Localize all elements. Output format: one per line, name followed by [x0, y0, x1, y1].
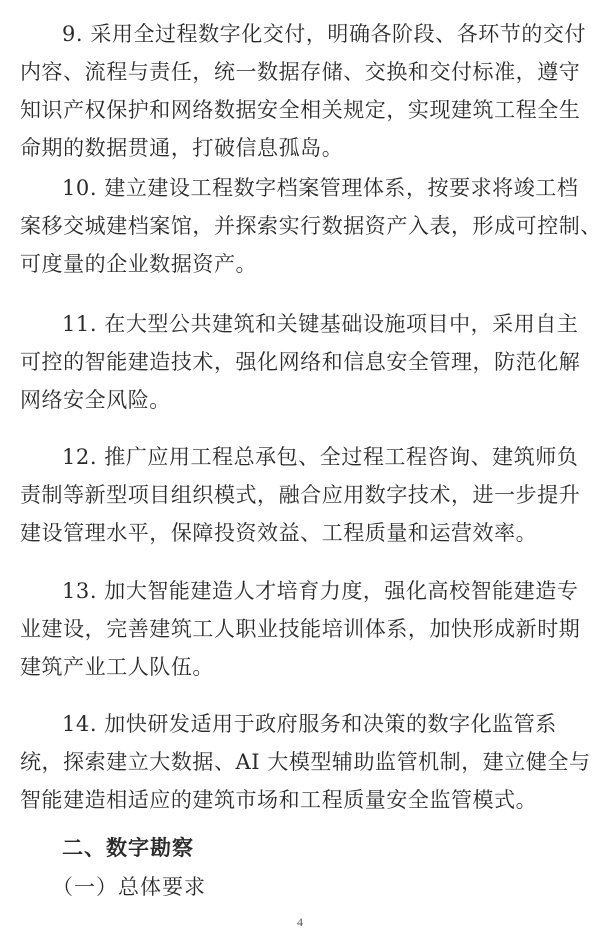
item-12-line-2: 责制等新型项目组织模式，融合应用数字技术，进一步提升: [20, 476, 582, 514]
item-9-line-4: 命期的数据贯通，打破信息孤岛。: [20, 129, 582, 167]
item-9-line-2: 内容、流程与责任，统一数据存储、交换和交付标准，遵守: [20, 53, 582, 91]
section-heading: 二、数字勘察: [62, 829, 194, 867]
item-10-line-2: 案移交城建档案馆，并探索实行数据资产入表，形成可控制、: [20, 207, 582, 245]
page-number: 4: [0, 915, 600, 930]
item-11-line-3: 网络安全风险。: [20, 381, 582, 419]
item-9-line-3: 知识产权保护和网络数据安全相关规定，实现建筑工程全生: [20, 91, 582, 129]
item-11-line-2: 可控的智能建造技术，强化网络和信息安全管理，防范化解: [20, 343, 582, 381]
item-13-line-2: 业建设，完善建筑工人职业技能培训体系，加快形成新时期: [20, 610, 582, 648]
item-13-line-3: 建筑产业工人队伍。: [20, 648, 582, 686]
item-12-line-3: 建设管理水平，保障投资效益、工程质量和运营效率。: [20, 514, 582, 552]
item-13-line-1: 13. 加大智能建造人才培育力度，强化高校智能建造专: [62, 572, 582, 610]
subsection-heading: （一）总体要求: [52, 868, 206, 906]
item-10-line-1: 10. 建立建设工程数字档案管理体系，按要求将竣工档: [62, 169, 582, 207]
item-14-line-1: 14. 加快研发适用于政府服务和决策的数字化监管系: [62, 705, 582, 743]
item-14-line-3: 智能建造相适应的建筑市场和工程质量安全监管模式。: [20, 781, 582, 819]
item-11-line-1: 11. 在大型公共建筑和关键基础设施项目中，采用自主: [62, 305, 582, 343]
item-10-line-3: 可度量的企业数据资产。: [20, 245, 582, 283]
item-9-line-1: 9. 采用全过程数字化交付，明确各阶段、各环节的交付: [62, 15, 582, 53]
document-page: 9. 采用全过程数字化交付，明确各阶段、各环节的交付 内容、流程与责任，统一数据…: [0, 0, 600, 949]
item-12-line-1: 12. 推广应用工程总承包、全过程工程咨询、建筑师负: [62, 438, 582, 476]
item-14-line-2: 统，探索建立大数据、AI 大模型辅助监管机制，建立健全与: [20, 743, 582, 781]
